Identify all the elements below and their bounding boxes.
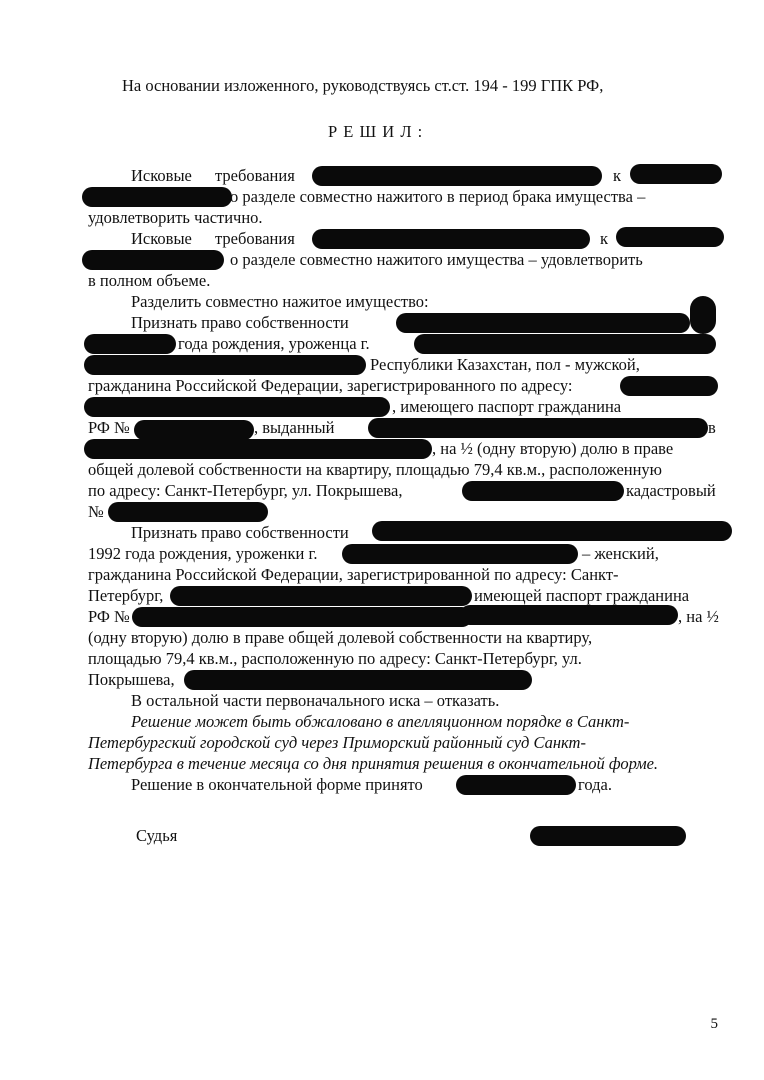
redaction (690, 296, 716, 334)
text-line: Республики Казахстан, пол - мужской, (370, 355, 718, 375)
text-line: Исковые (131, 166, 192, 186)
signature-label: Судья (136, 826, 177, 846)
text-line: (одну вторую) долю в праве общей долевой… (88, 628, 592, 648)
redaction (134, 420, 254, 440)
text-line: 1992 года рождения, уроженки г. (88, 544, 318, 564)
redaction (84, 334, 176, 354)
redaction (396, 313, 690, 333)
text-line: – женский, (582, 544, 659, 564)
text-line: общей долевой собственности на квартиру,… (88, 460, 662, 480)
redaction (372, 521, 732, 541)
redaction (84, 439, 432, 459)
text-line: Покрышева, (88, 670, 175, 690)
redaction (108, 502, 268, 522)
redaction (82, 250, 224, 270)
redaction (132, 607, 472, 627)
text-line: требования (215, 166, 295, 186)
text-line: кадастровый (626, 481, 716, 501)
redaction (342, 544, 578, 564)
text-line: , на ½ (678, 607, 719, 627)
text-line: в полном объеме. (88, 271, 210, 291)
redaction (630, 164, 722, 184)
redaction (312, 166, 602, 186)
text-line: Признать право собственности (131, 523, 349, 543)
text-line: года рождения, уроженца г. (178, 334, 370, 354)
redaction (170, 586, 472, 606)
text-line: к (600, 229, 608, 249)
text-line: Разделить совместно нажитое имущество: (131, 292, 429, 312)
appeal-notice: Петербургский городской суд через Примор… (88, 733, 586, 753)
text-line: , выданный (254, 418, 334, 438)
redaction (530, 826, 686, 846)
redaction (456, 775, 576, 795)
text-line: Петербург, (88, 586, 163, 606)
decision-heading: Р Е Ш И Л : (328, 122, 423, 142)
redaction (84, 355, 366, 375)
redaction (84, 397, 390, 417)
page-number: 5 (711, 1016, 719, 1033)
text-line: площадью 79,4 кв.м., расположенную по ад… (88, 649, 582, 669)
text-line: РФ № (88, 418, 130, 438)
text-line: по адресу: Санкт-Петербург, ул. Покрышев… (88, 481, 402, 501)
text-line: о разделе совместно нажитого имущества –… (230, 250, 643, 270)
appeal-notice: Петербурга в течение месяца со дня приня… (88, 754, 658, 774)
redaction (620, 376, 718, 396)
text-line: к (613, 166, 621, 186)
text-line: , на ½ (одну вторую) долю в праве (432, 439, 673, 459)
text-line: удовлетворить частично. (88, 208, 263, 228)
text-line: В остальной части первоначального иска –… (131, 691, 499, 711)
text-line: гражданина Российской Федерации, зарегис… (88, 376, 573, 396)
text-line: Признать право собственности (131, 313, 349, 333)
text-line: о разделе совместно нажитого в период бр… (230, 187, 718, 207)
text-line: имеющей паспорт гражданина (474, 586, 689, 606)
redaction (312, 229, 590, 249)
text-line: , имеющего паспорт гражданина (392, 397, 621, 417)
preamble: На основании изложенного, руководствуясь… (122, 76, 603, 96)
text-line: года. (578, 775, 612, 795)
text-line: Решение в окончательной форме принято (131, 775, 423, 795)
redaction (462, 481, 624, 501)
text-line: Исковые (131, 229, 192, 249)
appeal-notice: Решение может быть обжаловано в апелляци… (131, 712, 629, 732)
redaction (82, 187, 232, 207)
text-line: РФ № (88, 607, 130, 627)
text-line: требования (215, 229, 295, 249)
redaction (414, 334, 716, 354)
text-line: гражданина Российской Федерации, зарегис… (88, 565, 619, 585)
redaction (184, 670, 532, 690)
text-line: № (88, 502, 104, 522)
redaction (460, 605, 678, 625)
redaction (368, 418, 708, 438)
text-line: в (708, 418, 716, 438)
redaction (616, 227, 724, 247)
